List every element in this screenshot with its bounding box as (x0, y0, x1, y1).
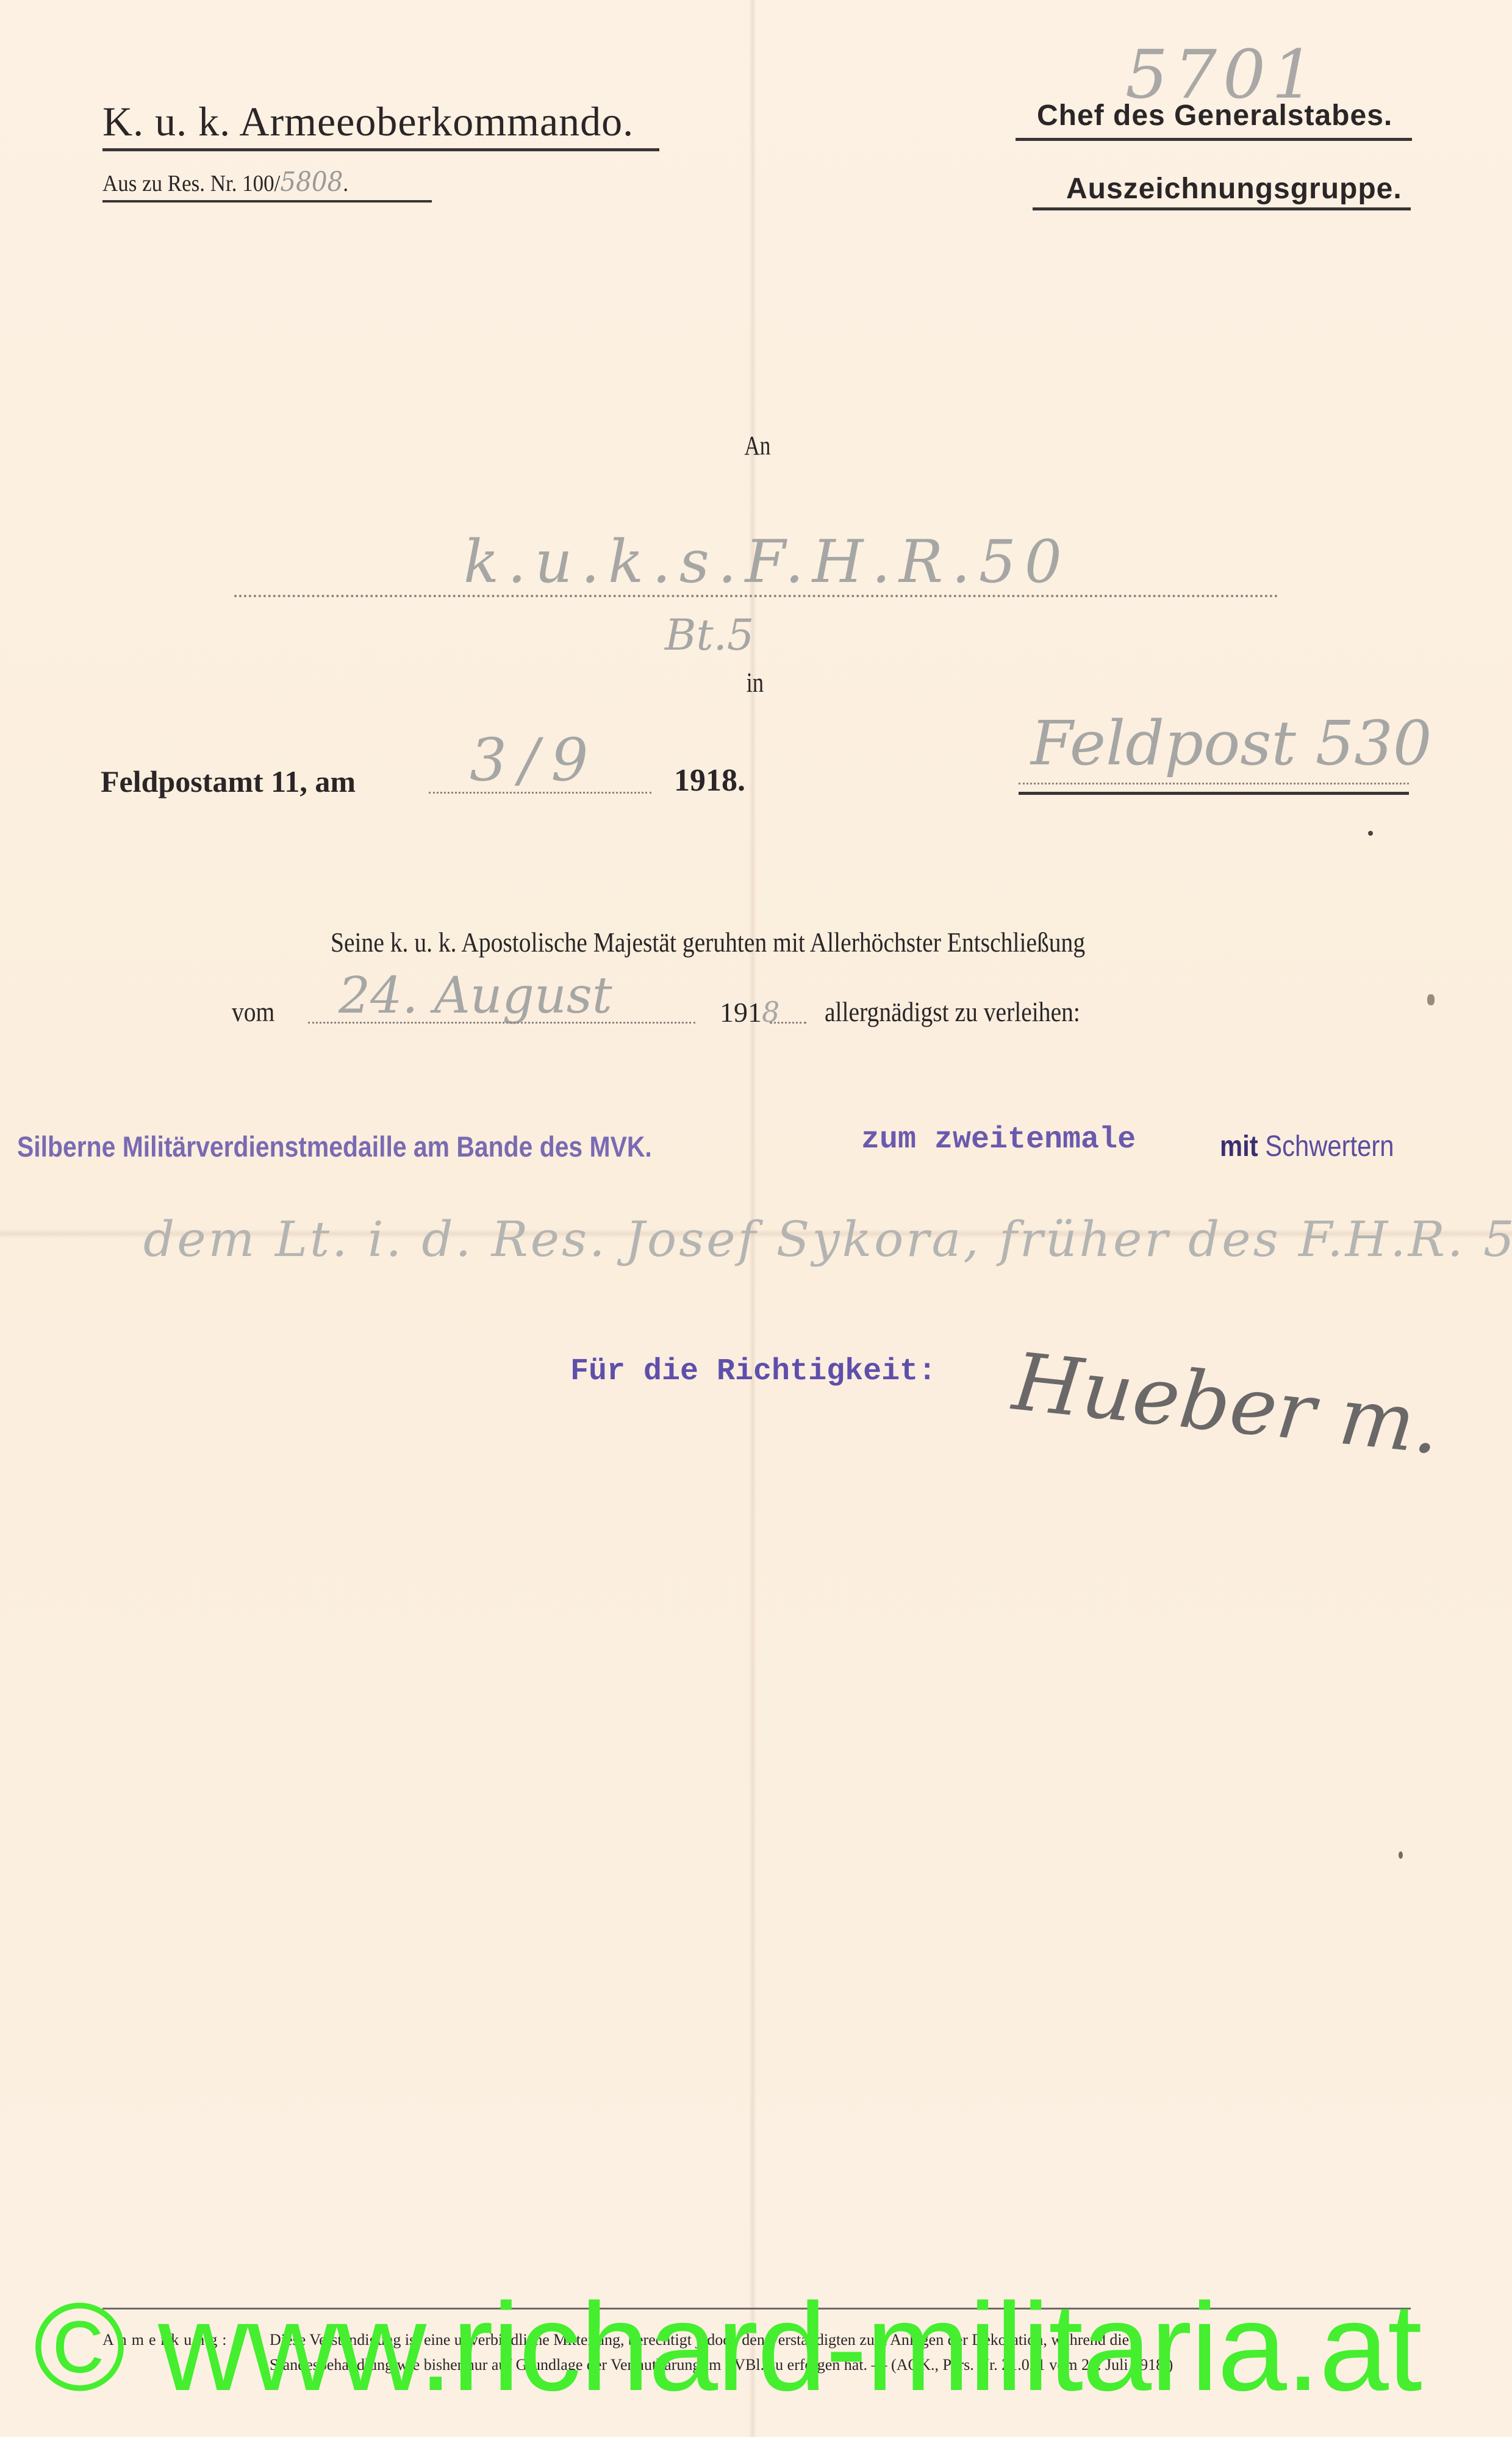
body-line-1: Seine k. u. k. Apostolische Majestät ger… (331, 926, 1085, 958)
field-post-office: Feldpostamt 11, am (101, 764, 356, 799)
resolution-date-dotted-line (308, 1022, 695, 1024)
award-with-prefix: mit (1220, 1130, 1258, 1163)
reference-handwritten: 5808 (280, 167, 343, 198)
department-title: Chef des Generalstabes. (1037, 99, 1392, 132)
reference-number: Aus zu Res. Nr. 100/5808. (102, 167, 348, 198)
recipient-unit-dotted-line (234, 595, 1278, 597)
resolution-year-prefix: 191 (720, 997, 762, 1028)
recipient-name-handwritten: dem Lt. i. d. Res. Josef Sykora, früher … (143, 1211, 1512, 1268)
an-label: An (744, 430, 770, 461)
issue-year: 1918. (674, 763, 745, 799)
destination-underline (1019, 792, 1409, 795)
destination-dotted-line (1019, 783, 1409, 784)
vom-label: vom (232, 996, 274, 1028)
certification-label: Für die Richtigkeit: (570, 1354, 936, 1389)
department-group-underline (1033, 207, 1411, 210)
reference-underline (102, 200, 432, 203)
issue-date-handwritten: 3/9 (470, 726, 601, 794)
watermark: © www.richard-militaria.at (34, 2284, 1421, 2410)
award-with-rest: Schwertern (1265, 1130, 1394, 1163)
award-decoration-stamp: Silberne Militärverdienstmedaille am Ban… (17, 1130, 652, 1163)
ink-speck (1427, 994, 1435, 1005)
reference-prefix: Aus zu Res. Nr. 100/ (102, 171, 280, 196)
resolution-year-dotted-line (770, 1022, 806, 1024)
resolution-date-handwritten: 24. August (339, 967, 612, 1025)
ink-speck (1368, 831, 1373, 836)
reference-suffix: . (343, 171, 348, 196)
award-occasion-typed: zum zweitenmale (861, 1122, 1136, 1157)
issuer-title-underline (102, 148, 659, 151)
recipient-unit-handwritten: k.u.k.s.F.H.R.50 (464, 528, 1070, 596)
department-title-underline (1016, 138, 1412, 141)
body-line-2: allergnädigst zu verleihen: (825, 996, 1080, 1028)
destination-handwritten: Feldpost 530 (1031, 708, 1431, 779)
award-swords-stamp: mit Schwertern (1220, 1130, 1394, 1163)
recipient-subunit-handwritten: Bt.5 (665, 610, 754, 660)
issue-date-dotted-line (429, 792, 651, 794)
in-label: in (747, 666, 764, 698)
department-group: Auszeichnungsgruppe. (1066, 172, 1402, 206)
ink-speck (1399, 1851, 1403, 1859)
issuer-title: K. u. k. Armeeoberkommando. (102, 98, 634, 146)
